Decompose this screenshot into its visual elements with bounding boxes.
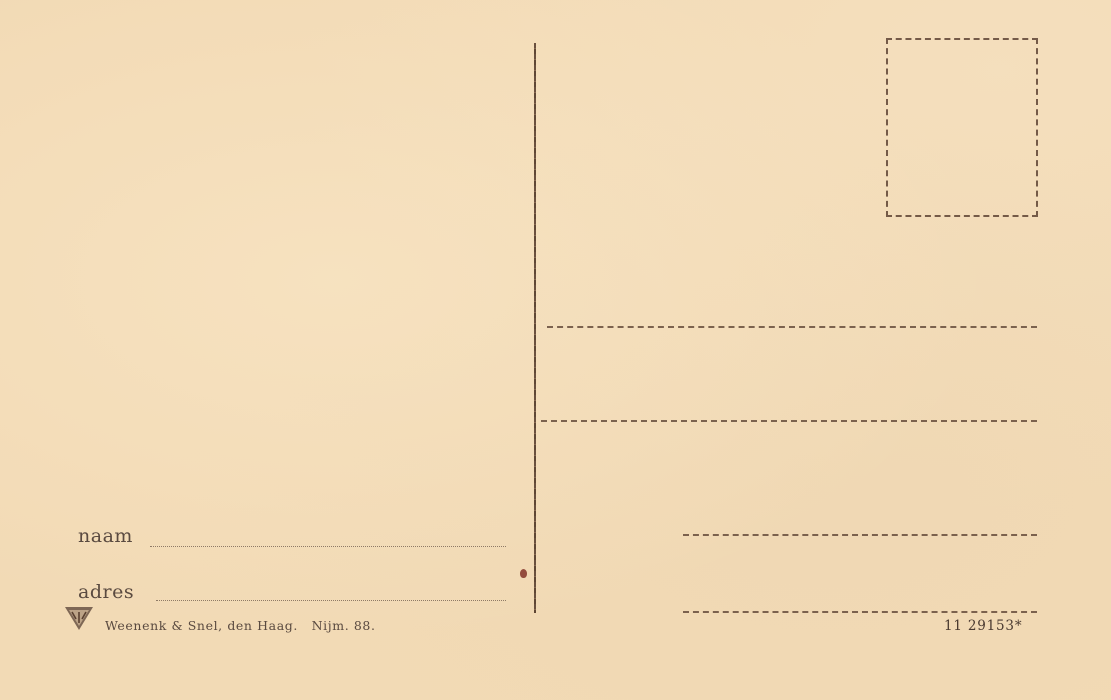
address-field-label: adres xyxy=(78,581,134,603)
address-line-1 xyxy=(547,326,1037,328)
stamp-placeholder-box xyxy=(886,38,1038,217)
ink-stain xyxy=(520,569,527,578)
postcard-back: naam adres Weenenk & Snel, den Haag. Nij… xyxy=(0,0,1111,700)
address-line-4 xyxy=(683,611,1037,613)
center-divider-line xyxy=(534,43,536,613)
address-field-line xyxy=(156,600,506,601)
name-field-line xyxy=(150,546,506,547)
publisher-logo-icon xyxy=(64,605,94,631)
address-line-3 xyxy=(683,534,1037,536)
address-line-2 xyxy=(541,420,1037,422)
publisher-imprint: Weenenk & Snel, den Haag. Nijm. 88. xyxy=(105,618,376,633)
catalog-number: 11 29153* xyxy=(944,618,1022,634)
name-field-label: naam xyxy=(78,525,133,547)
